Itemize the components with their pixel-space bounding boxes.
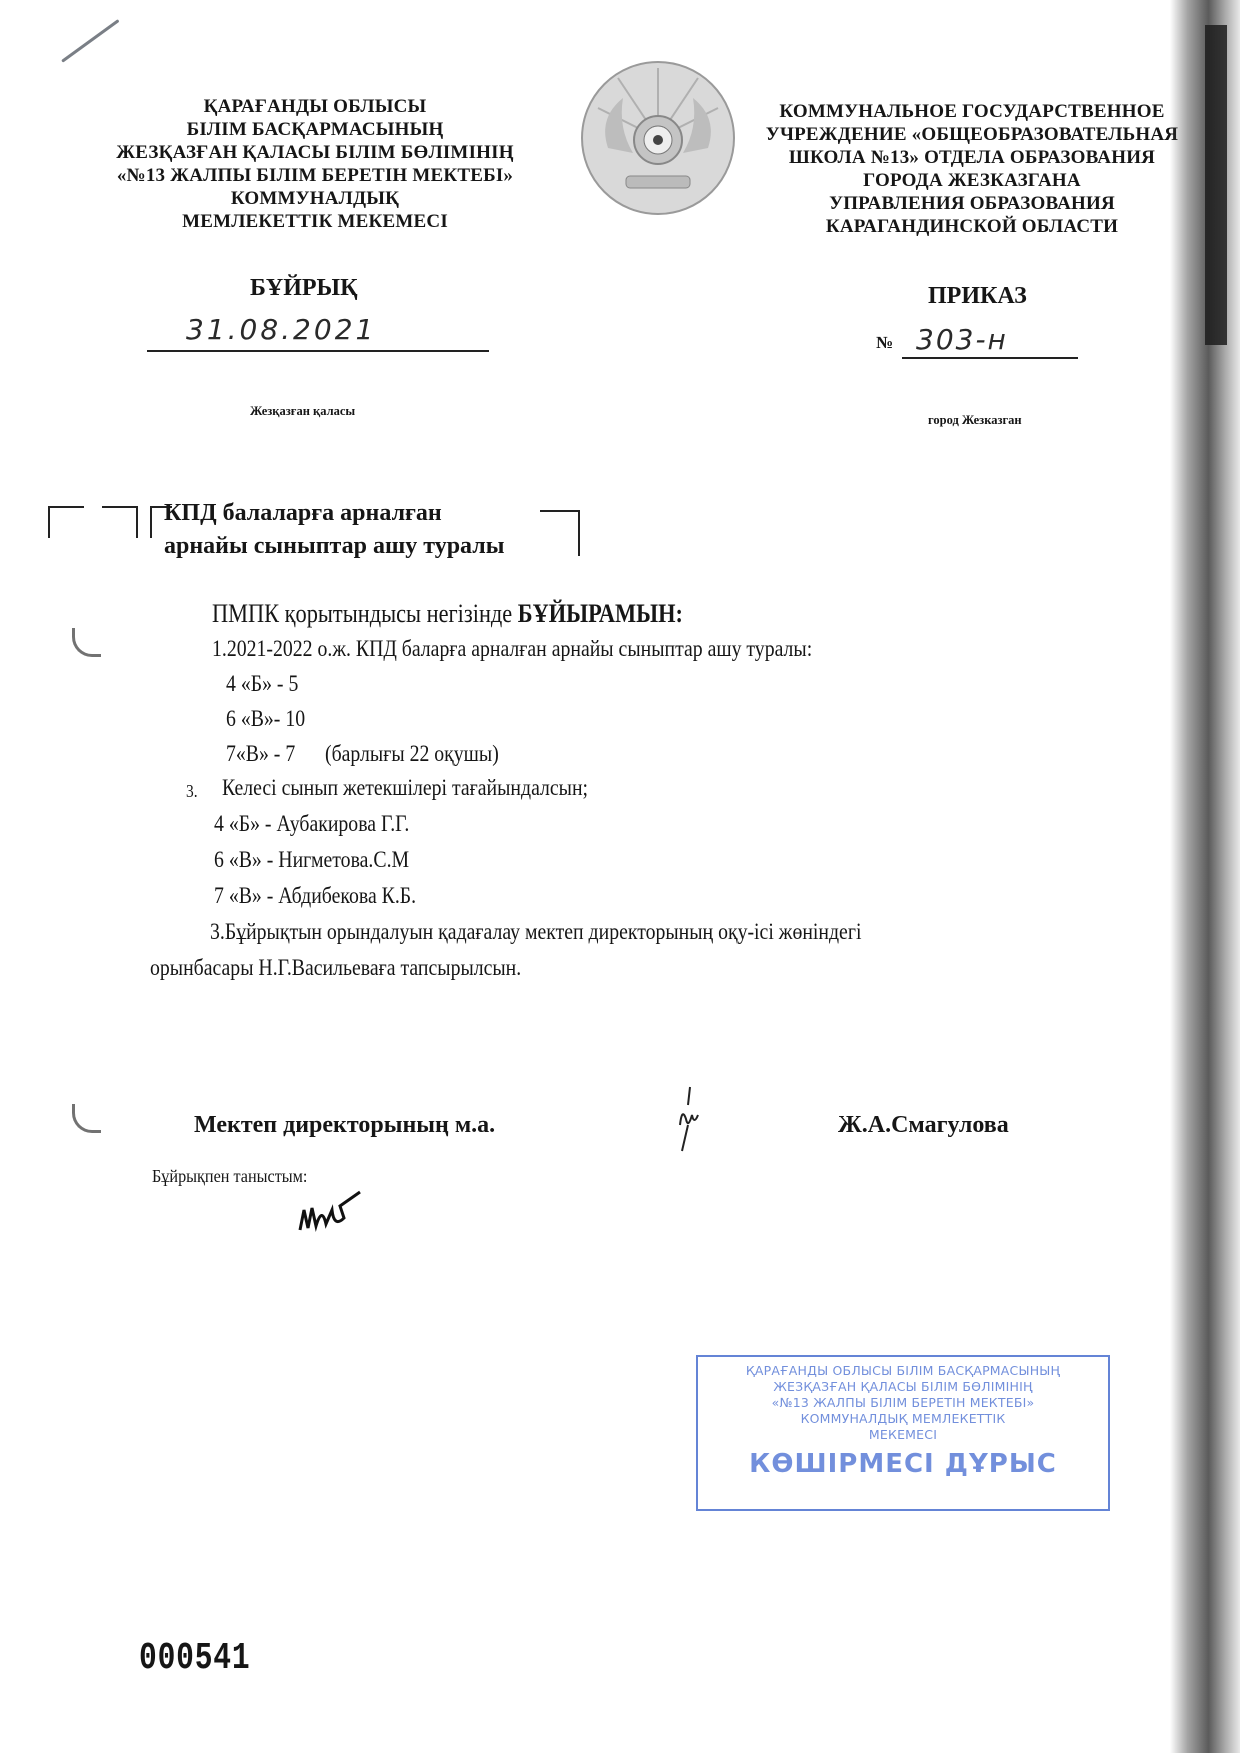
state-emblem-icon bbox=[578, 58, 738, 218]
header-kz-line: КОММУНАЛДЫҚ bbox=[90, 187, 540, 210]
date-underline bbox=[147, 350, 489, 352]
teacher-row: 7 «В» - Абдибекова К.Б. bbox=[214, 880, 416, 911]
number-underline bbox=[902, 357, 1078, 359]
subject-line: КПД балаларға арналған bbox=[164, 497, 504, 530]
order-number: 303-н bbox=[916, 323, 1008, 356]
hole-punch-mark bbox=[72, 628, 101, 657]
signatory-position: Мектеп директорының м.а. bbox=[194, 1112, 495, 1139]
order-intro: ПМПК қорытындысы негізінде БҰЙЫРАМЫН: bbox=[212, 598, 683, 629]
class-total-note: (барлығы 22 оқушы) bbox=[325, 738, 499, 769]
class-row: 6 «В»- 10 bbox=[226, 703, 305, 734]
scan-edge-dark bbox=[1205, 25, 1227, 345]
header-ru-line: КАРАГАНДИНСКОЙ ОБЛАСТИ bbox=[742, 215, 1202, 238]
header-ru-line: КОММУНАЛЬНОЕ ГОСУДАРСТВЕННОЕ bbox=[742, 100, 1202, 123]
header-ru-line: УПРАВЛЕНИЯ ОБРАЗОВАНИЯ bbox=[742, 192, 1202, 215]
intro-text: ПМПК қорытындысы негізінде bbox=[212, 599, 518, 628]
item-3-label: 3. bbox=[186, 776, 198, 807]
header-kz: ҚАРАҒАНДЫ ОБЛЫСЫ БІЛІМ БАСҚАРМАСЫНЫҢ ЖЕЗ… bbox=[90, 95, 540, 233]
order-date: 31.08.2021 bbox=[186, 313, 376, 346]
staple-mark bbox=[61, 19, 119, 63]
stamp-line: КОММУНАЛДЫҚ МЕМЛЕКЕТТІК bbox=[698, 1411, 1108, 1427]
subject-line: арнайы сыныптар ашу туралы bbox=[164, 530, 504, 563]
teacher-row: 4 «Б» - Аубакирова Г.Г. bbox=[214, 808, 409, 839]
teacher-row: 6 «В» - Нигметова.С.М bbox=[214, 844, 409, 875]
header-ru-line: УЧРЕЖДЕНИЕ «ОБЩЕОБРАЗОВАТЕЛЬНАЯ bbox=[742, 123, 1202, 146]
header-kz-line: ЖЕЗҚАЗҒАН ҚАЛАСЫ БІЛІМ БӨЛІМІНІҢ bbox=[90, 141, 540, 164]
order-title-kz: БҰЙРЫҚ bbox=[250, 275, 358, 302]
hole-punch-mark bbox=[72, 1104, 101, 1133]
stamp-line: ҚАРАҒАНДЫ ОБЛЫСЫ БІЛІМ БАСҚАРМАСЫНЫҢ bbox=[698, 1363, 1108, 1379]
acknowledged-label: Бұйрықпен таныстым: bbox=[152, 1166, 307, 1187]
item-1: 1.2021-2022 о.ж. КПД баларға арналған ар… bbox=[212, 633, 812, 664]
control-line: орынбасары Н.Г.Васильеваға тапсырылсын. bbox=[150, 952, 521, 983]
item-3: Келесі сынып жетекшілері тағайындалсын; bbox=[222, 772, 588, 803]
order-title-ru: ПРИКАЗ bbox=[928, 283, 1027, 310]
city-ru: город Жезказган bbox=[928, 413, 1022, 428]
subject-bracket bbox=[48, 506, 84, 538]
header-kz-line: БІЛІМ БАСҚАРМАСЫНЫҢ bbox=[90, 118, 540, 141]
serial-number: 000541 bbox=[139, 1637, 250, 1680]
header-kz-line: «№13 ЖАЛПЫ БІЛІМ БЕРЕТІН МЕКТЕБІ» bbox=[90, 164, 540, 187]
order-subject: КПД балаларға арналған арнайы сыныптар а… bbox=[164, 497, 504, 563]
control-line: 3.Бұйрықтын орындалуын қадағалау мектеп … bbox=[210, 916, 861, 947]
subject-bracket bbox=[102, 506, 138, 538]
header-ru-line: ГОРОДА ЖЕЗКАЗГАНА bbox=[742, 169, 1202, 192]
header-ru-line: ШКОЛА №13» ОТДЕЛА ОБРАЗОВАНИЯ bbox=[742, 146, 1202, 169]
city-kz: Жезқазған қаласы bbox=[250, 404, 355, 419]
order-number-label: № bbox=[876, 333, 893, 353]
class-row: 4 «Б» - 5 bbox=[226, 668, 298, 699]
acknowledge-signature-icon bbox=[296, 1188, 366, 1243]
intro-command: БҰЙЫРАМЫН: bbox=[518, 599, 683, 628]
stamp-line: «№13 ЖАЛПЫ БІЛІМ БЕРЕТІН МЕКТЕБІ» bbox=[698, 1395, 1108, 1411]
signatory-name: Ж.А.Смагулова bbox=[838, 1112, 1009, 1139]
header-kz-line: ҚАРАҒАНДЫ ОБЛЫСЫ bbox=[90, 95, 540, 118]
stamp-line: МЕКЕМЕСІ bbox=[698, 1427, 1108, 1443]
copy-certified-stamp: ҚАРАҒАНДЫ ОБЛЫСЫ БІЛІМ БАСҚАРМАСЫНЫҢ ЖЕЗ… bbox=[696, 1355, 1110, 1511]
stamp-certified-text: КӨШІРМЕСІ ДҰРЫС bbox=[698, 1449, 1108, 1479]
subject-bracket bbox=[540, 510, 580, 556]
header-kz-line: МЕМЛЕКЕТТІК МЕКЕМЕСІ bbox=[90, 210, 540, 233]
stamp-line: ЖЕЗҚАЗҒАН ҚАЛАСЫ БІЛІМ БӨЛІМІНІҢ bbox=[698, 1379, 1108, 1395]
header-ru: КОММУНАЛЬНОЕ ГОСУДАРСТВЕННОЕ УЧРЕЖДЕНИЕ … bbox=[742, 100, 1202, 238]
director-signature-icon bbox=[668, 1085, 708, 1160]
class-row: 7«В» - 7 bbox=[226, 738, 295, 769]
